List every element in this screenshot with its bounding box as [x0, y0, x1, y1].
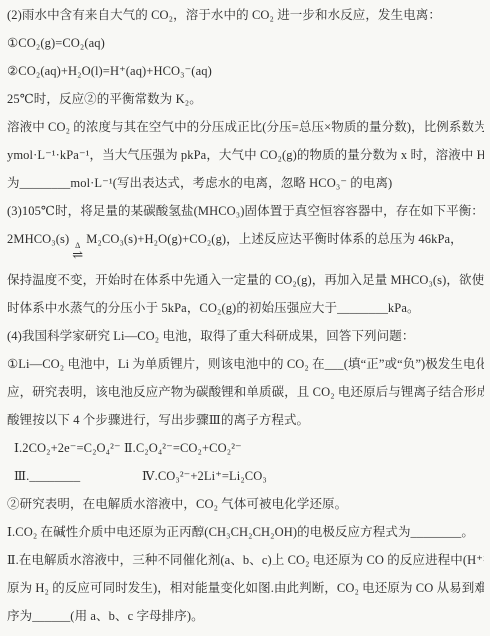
- equilibrium-constant-note: 25℃时，反应②的平衡常数为 K₂。: [7, 91, 484, 107]
- equation-products: M₂CO₃(s)+H₂O(g)+CO₂(g)，上述反应达平衡时体系的总压为 46…: [86, 232, 463, 246]
- question-3-body-line1: 保持温度不变，开始时在体系中先通入一定量的 CO₂(g)，再加入足量 MHCO₃…: [7, 272, 484, 288]
- step-i-equation: Ⅰ.2CO₂+2e⁻=C₂O₄²⁻: [14, 440, 124, 456]
- question-4-intro: (4)我国科学家研究 Li—CO₂ 电池，取得了重大科研成果，回答下列问题：: [7, 328, 484, 344]
- step-iii-blank: Ⅲ.________: [14, 468, 142, 484]
- equilibrium-arrow-stack: Δ⇌: [72, 242, 83, 260]
- q4-sub2-step1-blank-line: Ⅰ.CO₂ 在碱性介质中电还原为正丙醇(CH₃CH₂CH₂OH)的电极反应方程式…: [7, 524, 484, 540]
- q4-sub2-step2-line3: 序为______(用 a、b、c 字母排序)。: [7, 608, 484, 624]
- decomposition-equilibrium-equation: 2MHCO₃(s)Δ⇌M₂CO₃(s)+H₂O(g)+CO₂(g)，上述反应达平…: [7, 231, 484, 260]
- proportionality-statement-line2: ymol·L⁻¹·kPa⁻¹，当大气压强为 pkPa，大气中 CO₂(g)的物质…: [7, 147, 484, 163]
- q4-sub1-line3: 酸锂按以下 4 个步骤进行，写出步骤Ⅲ的离子方程式。: [7, 412, 484, 428]
- equilibrium-arrow-icon: ⇌: [72, 250, 83, 260]
- equation-co2-dissolution: ①CO₂(g)=CO₂(aq): [7, 35, 484, 51]
- q4-sub1-line2: 应，研究表明，该电池反应产物为碳酸锂和单质碳，且 CO₂ 电还原后与锂离子结合形…: [7, 384, 484, 400]
- equation-co2-ionization: ②CO₂(aq)+H₂O(l)=H⁺(aq)+HCO₃⁻(aq): [7, 63, 484, 79]
- q4-sub2-intro: ②研究表明，在电解质水溶液中，CO₂ 气体可被电化学还原。: [7, 496, 484, 512]
- question-2-intro: (2)雨水中含有来自大气的 CO₂，溶于水中的 CO₂ 进一步和水反应，发生电离…: [7, 7, 484, 23]
- q4-sub1-line1: ①Li—CO₂ 电池中，Li 为单质锂片，则该电池中的 CO₂ 在___(填“正…: [7, 356, 484, 372]
- q4-sub2-step2-line1: Ⅱ.在电解质水溶液中，三种不同催化剂(a、b、c)上 CO₂ 电还原为 CO 的…: [7, 552, 484, 568]
- steps-3-4-equations: Ⅲ.________Ⅳ.CO₃²⁻+2Li⁺=Li₂CO₃: [7, 468, 484, 484]
- proportionality-statement-line1: 溶液中 CO₂ 的浓度与其在空气中的分压成正比(分压=总压×物质的量分数)，比例…: [7, 119, 484, 135]
- q4-sub2-step2-line2: 原为 H₂ 的反应可同时发生)，相对能量变化如图.由此判断，CO₂ 电还原为 C…: [7, 580, 484, 596]
- step-iv-equation: Ⅳ.CO₃²⁻+2Li⁺=Li₂CO₃: [142, 469, 267, 483]
- step-ii-equation: Ⅱ.C₂O₄²⁻=CO₂+CO₂²⁻: [124, 441, 242, 455]
- h-concentration-blank-line: 为________mol·L⁻¹(写出表达式，考虑水的电离，忽略 HCO₃⁻ 的…: [7, 175, 484, 191]
- steps-1-2-equations: Ⅰ.2CO₂+2e⁻=C₂O₄²⁻Ⅱ.C₂O₄²⁻=CO₂+CO₂²⁻: [7, 440, 484, 456]
- equation-reactant: 2MHCO₃(s): [7, 232, 69, 246]
- question-3-intro: (3)105℃时，将足量的某碳酸氢盐(MHCO₃)固体置于真空恒容容器中，存在如…: [7, 203, 484, 219]
- question-3-blank-line: 时体系中水蒸气的分压小于 5kPa，CO₂(g)的初始压强应大于________…: [7, 300, 484, 316]
- exam-document-page: (2)雨水中含有来自大气的 CO₂，溶于水中的 CO₂ 进一步和水反应，发生电离…: [0, 0, 490, 636]
